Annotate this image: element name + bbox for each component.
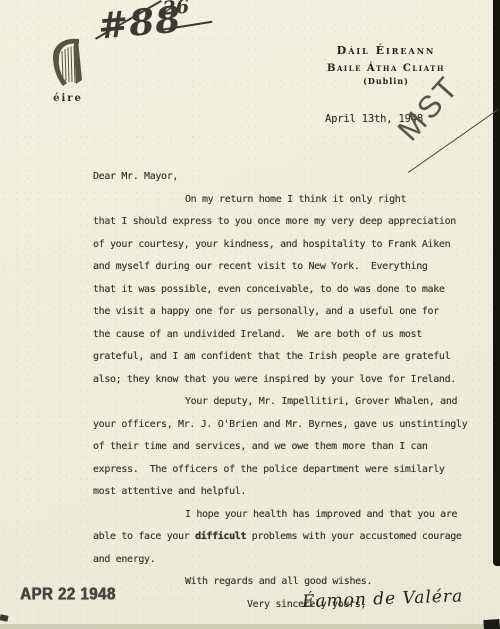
file-number-sup: 26: [162, 0, 190, 20]
city-name: Baile Átha Cliath: [316, 63, 456, 74]
letter-line: of your courtesy, your kindness, and hos…: [93, 234, 467, 257]
file-number-annotation: #88 26: [96, 0, 183, 48]
letter-line: most attentive and helpful.: [93, 481, 467, 504]
harp-icon: [50, 73, 86, 92]
letter-line: that it was possible, even conceivable, …: [93, 279, 467, 302]
letter-line: your officers, Mr. J. O'Brien and Mr. By…: [93, 414, 467, 437]
letter-line: grateful, and I am confident that the Ir…: [93, 346, 467, 369]
state-emblem: éire: [48, 36, 88, 104]
letter-line: the cause of an undivided Ireland. We ar…: [93, 324, 467, 347]
salutation: Dear Mr. Mayor,: [93, 166, 467, 189]
scan-edge-bottom: [0, 624, 500, 629]
letter-line: also; they know that you were inspired b…: [93, 369, 467, 392]
letter-line: that I should express to you once more m…: [93, 211, 467, 234]
eire-label: éire: [48, 93, 88, 104]
letter-line: the visit a happy one for us personally,…: [93, 301, 467, 324]
letter-line: of their time and services, and we owe t…: [93, 436, 467, 459]
emphasized-word: difficult: [195, 531, 246, 542]
org-name: Dáil Éireann: [316, 44, 456, 57]
letter-line: and myself during our recent visit to Ne…: [93, 256, 467, 279]
received-date-stamp: APR 22 1948: [20, 585, 116, 605]
letter-line: able to face your difficult problems wit…: [93, 526, 467, 549]
letter-line: and energy.: [93, 549, 467, 572]
scan-edge-right: [493, 0, 500, 566]
letter-line: I hope your health has improved and that…: [93, 504, 467, 527]
scan-left-mark: [0, 614, 9, 622]
letter-body: Dear Mr. Mayor, On my return home I thin…: [93, 166, 467, 616]
line-segment: able to face your: [93, 531, 195, 542]
scanned-letter-page: éire #88 26 Dáil Éireann Baile Átha Clia…: [0, 0, 500, 629]
line-segment: problems with your accustomed courage: [246, 531, 461, 542]
scan-corner-patch: [483, 619, 500, 629]
letter-line: Your deputy, Mr. Impellitiri, Grover Wha…: [93, 391, 467, 414]
letter-line: express. The officers of the police depa…: [93, 459, 467, 482]
letter-line: On my return home I think it only right: [93, 189, 467, 212]
